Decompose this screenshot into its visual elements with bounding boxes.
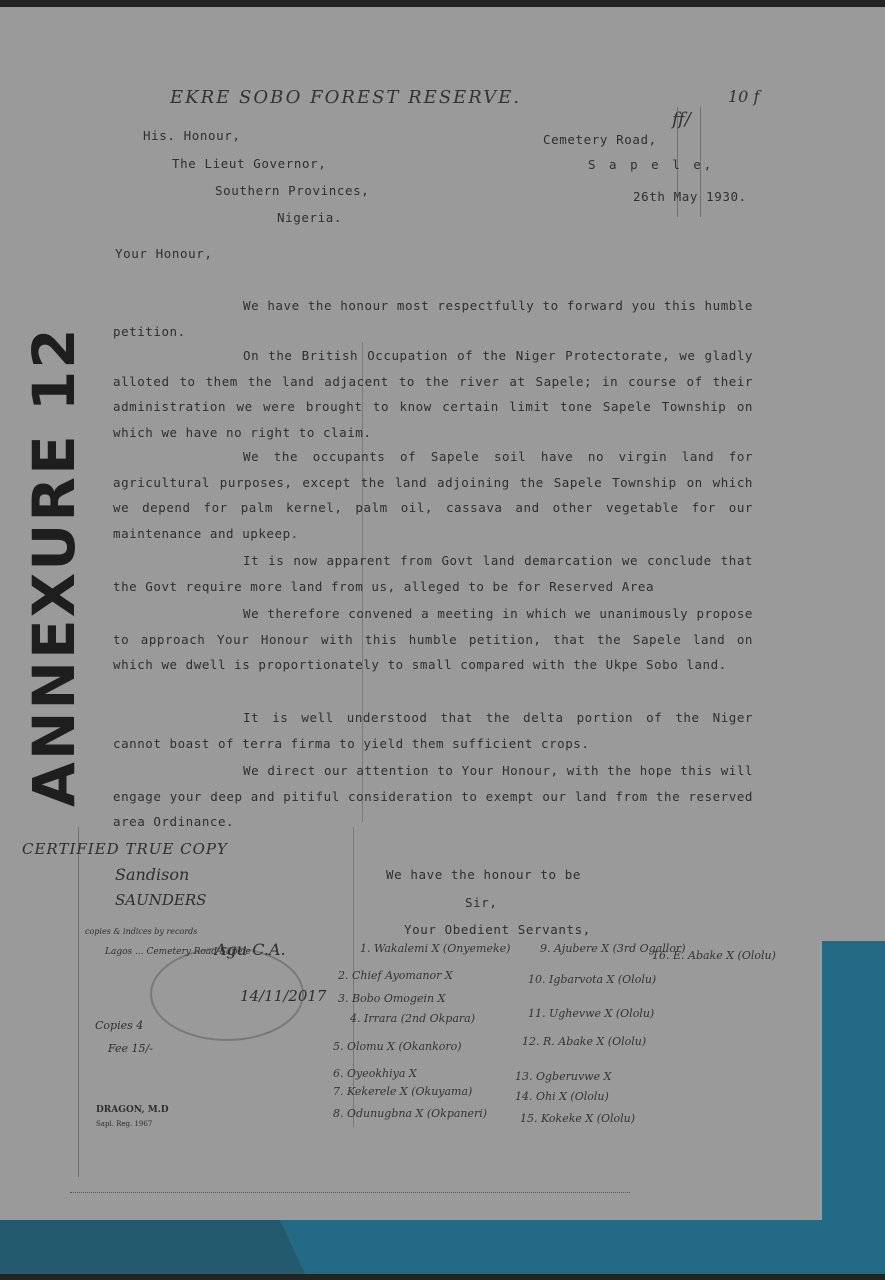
signatory: 12. R. Abake X (Ololu): [522, 1035, 646, 1048]
paragraph-1: We have the honour most respectfully to …: [113, 293, 753, 344]
signatory: 11. Ughevwe X (Ololu): [528, 1007, 654, 1020]
stamp-subtitle: Sapl. Reg. 1967: [96, 1120, 152, 1128]
closing-line-2: Sir,: [465, 895, 498, 910]
signatory: 13. Ogberuvwe X: [515, 1070, 611, 1083]
signatory: 2. Chief Ayomanor X: [338, 969, 453, 982]
closing-line-1: We have the honour to be: [386, 867, 581, 882]
handwritten-heading: EKRE SOBO FOREST RESERVE.: [170, 87, 521, 108]
registrar-signature: Agu C.A.: [215, 940, 286, 959]
paragraph-7: We direct our attention to Your Honour, …: [113, 758, 753, 835]
stamp-name: DRAGON, M.D: [96, 1105, 169, 1115]
signatory: 7. Kekerele X (Okuyama): [333, 1085, 472, 1098]
salutation: Your Honour,: [115, 246, 213, 261]
scanned-document: EKRE SOBO FOREST RESERVE. 10 f ff/ His. …: [0, 7, 822, 1220]
signatory: 14. Ohi X (Ololu): [515, 1090, 609, 1103]
background-wedge: [0, 1220, 310, 1274]
paragraph-5: We therefore convened a meeting in which…: [113, 601, 753, 678]
top-bar: [0, 0, 885, 7]
background-panel-bottom: [0, 1220, 885, 1274]
certifier-signature: Sandison: [115, 865, 189, 884]
annexure-label: ANNEXURE 12: [20, 326, 88, 807]
signatory: 10. Igbarvota X (Ololu): [528, 973, 656, 986]
bottom-bar: [0, 1274, 885, 1280]
closing-line-3: Your Obedient Servants,: [404, 922, 591, 937]
signatory: 3. Bobo Omogein X: [338, 992, 445, 1005]
margin-line: [78, 827, 79, 1177]
sender-address-line-3: 26th May 1930.: [633, 189, 747, 204]
signatory: 8. Odunugbna X (Okpaneri): [333, 1107, 487, 1120]
signatory: 1. Wakalemi X (Onyemeke): [360, 942, 510, 955]
addressee-line-1: His. Honour,: [143, 128, 241, 143]
signatory: 16. E. Abake X (Ololu): [652, 949, 776, 962]
certifier-name: SAUNDERS: [115, 891, 206, 909]
addressee-line-2: The Lieut Governor,: [172, 156, 326, 171]
paragraph-6: It is well understood that the delta por…: [113, 705, 753, 756]
fee-note: Fee 15/-: [108, 1042, 153, 1055]
addressee-line-3: Southern Provinces,: [215, 183, 369, 198]
paragraph-3: We the occupants of Sapele soil have no …: [113, 444, 753, 546]
addressee-line-4: Nigeria.: [277, 210, 342, 225]
certification-date: 14/11/2017: [240, 987, 326, 1005]
copies-note: Copies 4: [95, 1019, 143, 1032]
signatory: 15. Kokeke X (Ololu): [520, 1112, 635, 1125]
certified-true-copy: CERTIFIED TRUE COPY: [22, 840, 228, 858]
sender-address-line-1: Cemetery Road,: [543, 132, 657, 147]
paragraph-2: On the British Occupation of the Niger P…: [113, 343, 753, 445]
signatory: 6. Oyeokhiya X: [333, 1067, 417, 1080]
bottom-rule: [70, 1192, 630, 1194]
certification-note: copies & indices by records: [85, 927, 197, 936]
signatory: 4. Irrara (2nd Okpara): [350, 1012, 475, 1025]
initials-annotation: ff/: [672, 109, 691, 130]
signatory: 5. Olomu X (Okankoro): [333, 1040, 462, 1053]
folio-number: 10 f: [728, 87, 759, 106]
sender-address-line-2: S a p e l e,: [588, 157, 714, 172]
paragraph-4: It is now apparent from Govt land demarc…: [113, 548, 753, 599]
